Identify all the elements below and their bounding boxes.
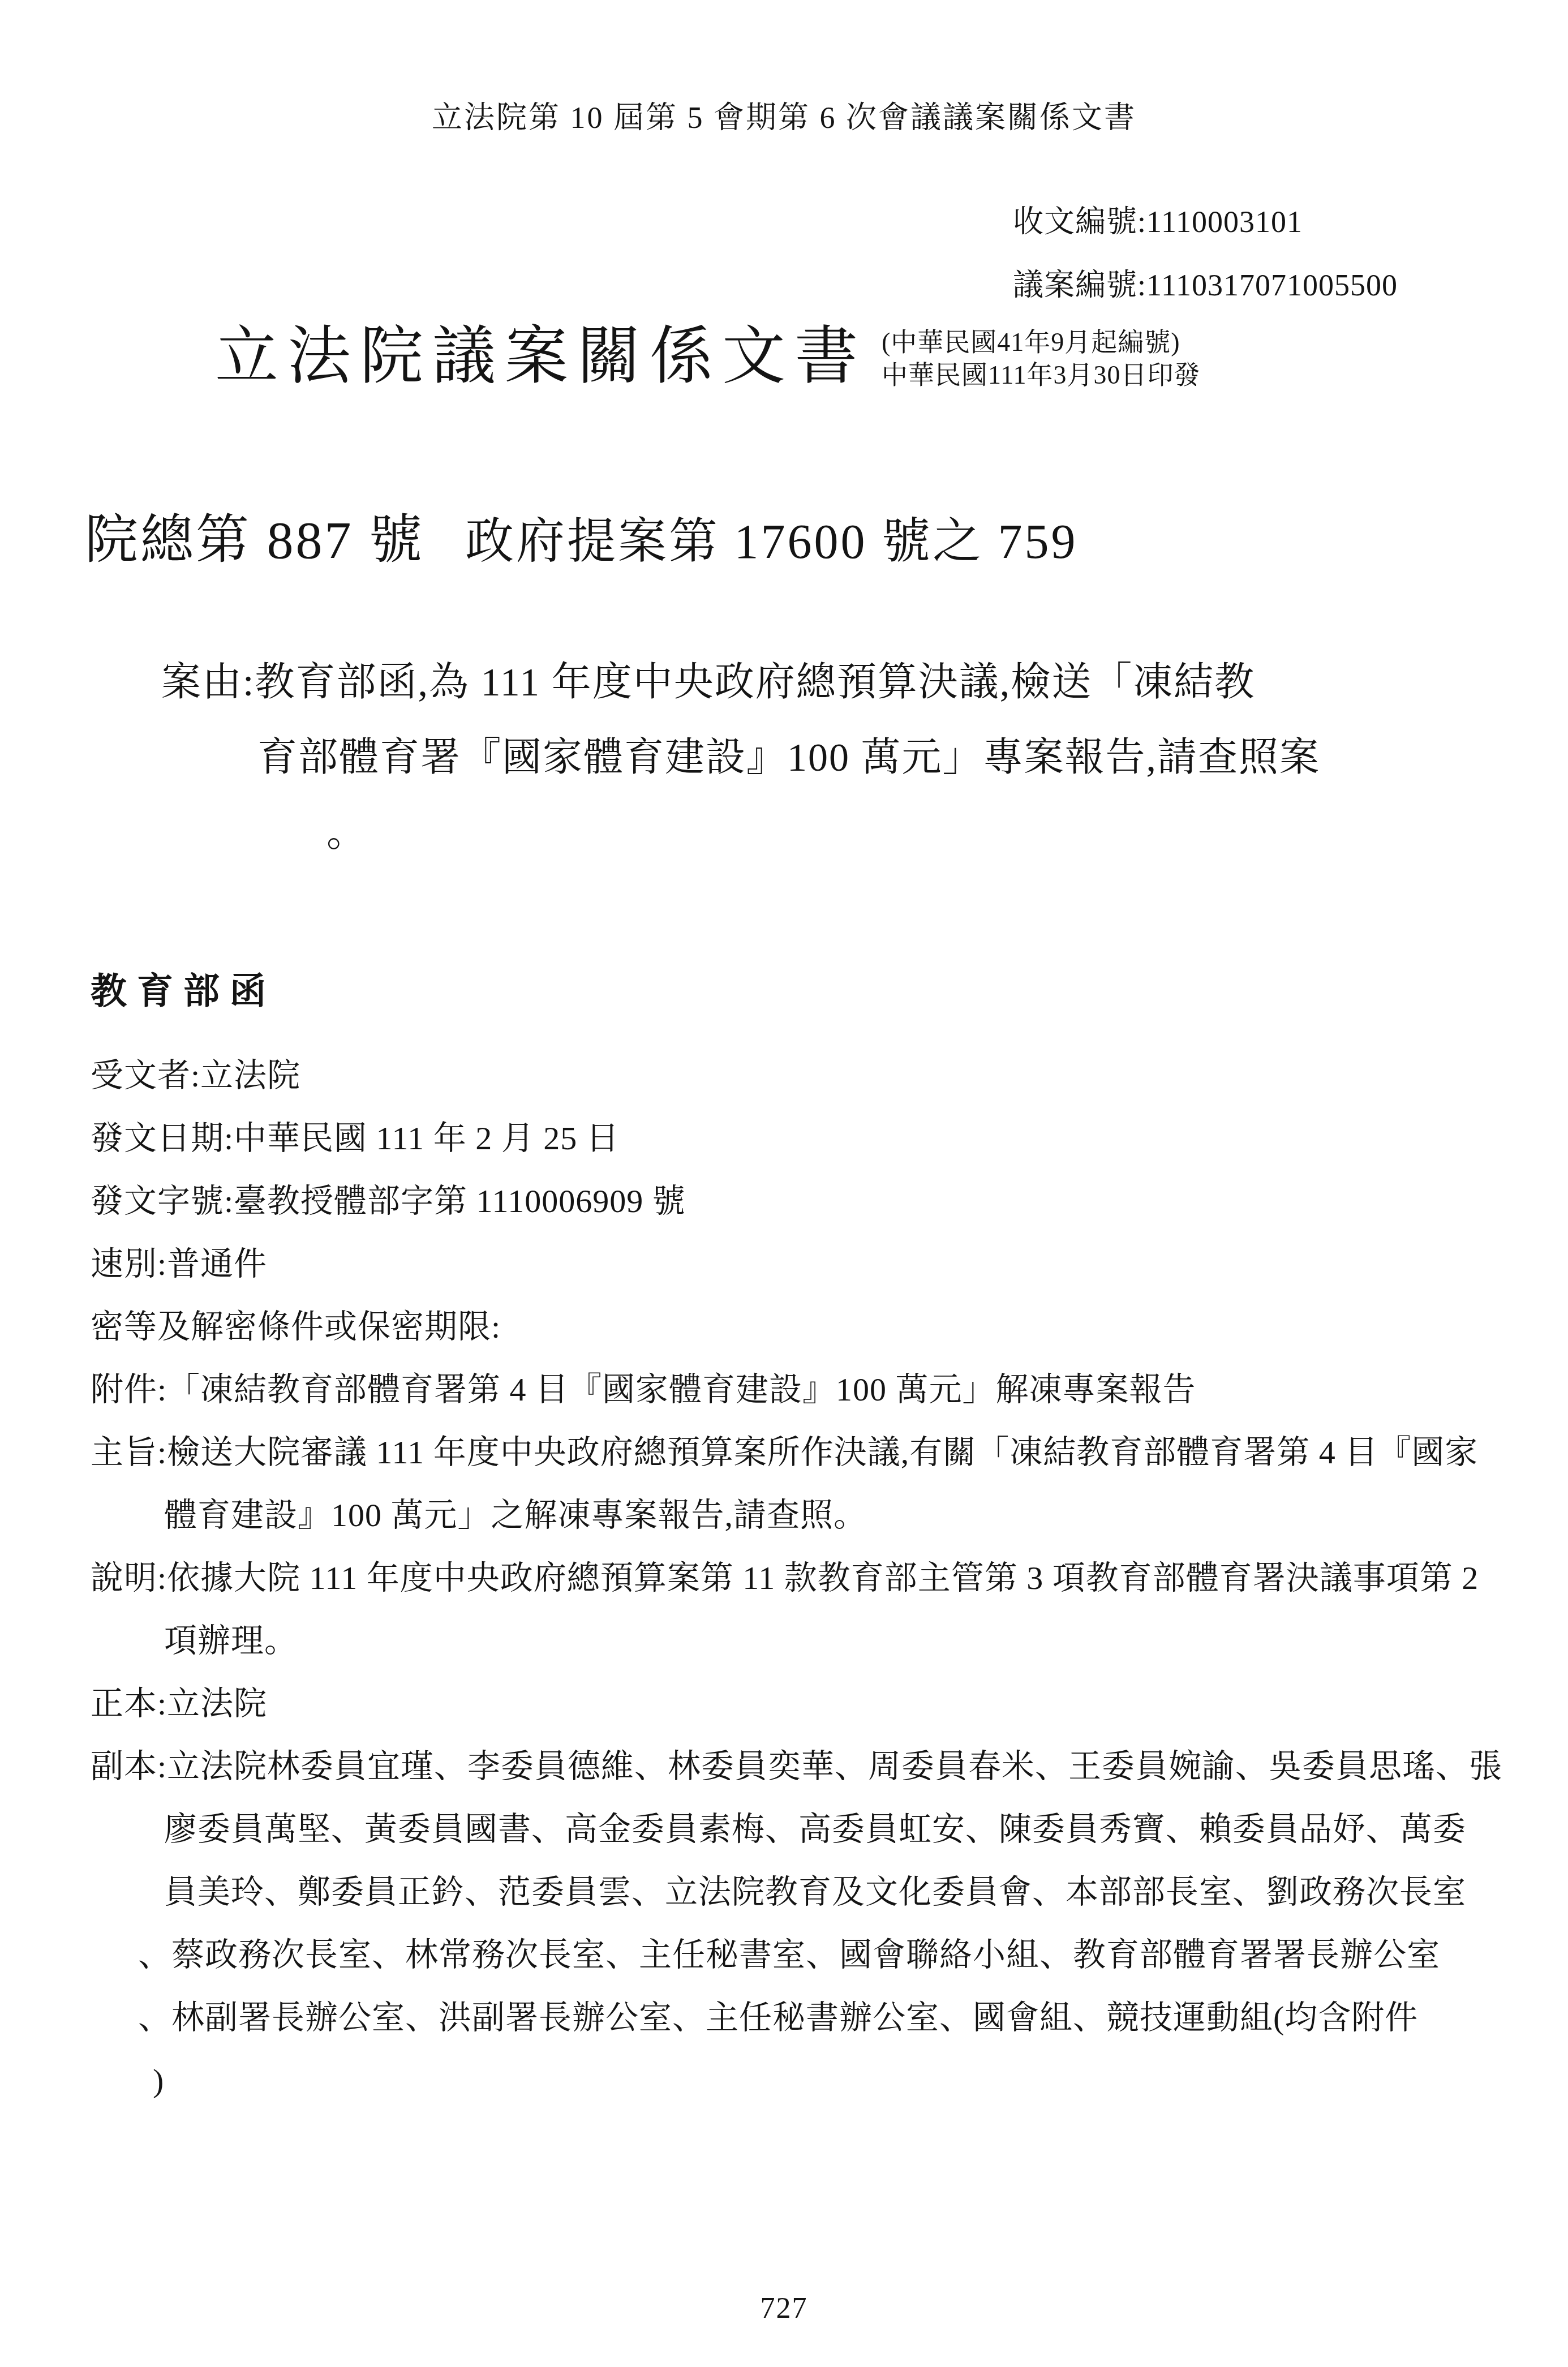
document-numbers-block: 收文編號:1110003101 議案編號:1110317071005500 (1013, 190, 1398, 317)
case-summary: 案由:教育部函,為 111 年度中央政府總預算決議,檢送「凍結教 育部體育署『國… (161, 645, 1497, 871)
carbon-copy-line-3: 員美玲、鄭委員正鈐、范委員雲、立法院教育及文化委員會、本部部長室、劉政務次長室 (91, 1861, 1539, 1923)
session-header: 立法院第 10 屆第 5 會期第 6 次會議議案關係文書 (0, 93, 1568, 137)
carbon-copy-line-2: 廖委員萬堅、黃委員國書、高金委員素梅、高委員虹安、陳委員秀寶、賴委員品妤、萬委 (91, 1798, 1539, 1861)
attachment-line: 附件:「凍結教育部體育署第 4 目『國家體育建設』100 萬元」解凍專案報告 (91, 1358, 1539, 1421)
numbering-origin-note: (中華民國41年9月起編號) (882, 326, 1201, 359)
priority-line: 速別:普通件 (91, 1232, 1539, 1295)
document-title: 立法院議案關係文書 (215, 315, 867, 399)
carbon-copy-line-1: 副本:立法院林委員宜瑾、李委員德維、林委員奕華、周委員春米、王委員婉諭、吳委員思… (91, 1735, 1539, 1798)
explanation-line-1: 說明:依據大院 111 年度中央政府總預算案第 11 款教育部主管第 3 項教育… (91, 1547, 1539, 1609)
subject-line-1: 主旨:檢送大院審議 111 年度中央政府總預算案所作決議,有關「凍結教育部體育署… (91, 1421, 1539, 1484)
original-copy-line: 正本:立法院 (91, 1672, 1539, 1735)
classification-line: 密等及解密條件或保密期限: (91, 1295, 1539, 1358)
bill-number: 議案編號:1110317071005500 (1013, 254, 1398, 317)
carbon-copy-line-4: 、蔡政務次長室、林常務次長室、主任秘書室、國會聯絡小組、教育部體育署署長辦公室 (91, 1923, 1539, 1986)
government-proposal-number: 政府提案第 17600 號之 759 (465, 502, 1078, 572)
case-summary-line-2: 育部體育署『國家體育建設』100 萬元」專案報告,請查照案 (161, 720, 1497, 796)
masthead: 立法院議案關係文書 (中華民國41年9月起編號) 中華民國111年3月30日印發 (215, 315, 1201, 399)
yuan-general-number: 院總第 887 號 (85, 497, 424, 573)
explanation-line-2: 項辦理。 (91, 1609, 1539, 1672)
masthead-notes: (中華民國41年9月起編號) 中華民國111年3月30日印發 (882, 323, 1201, 392)
carbon-copy-line-5: 、林副署長辦公室、洪副署長辦公室、主任秘書辦公室、國會組、競技運動組(均含附件 (91, 1986, 1539, 2049)
recipient-line: 受文者:立法院 (91, 1044, 1539, 1107)
page-number: 727 (0, 2292, 1568, 2325)
carbon-copy-close-paren: ) (91, 2049, 1539, 2112)
issue-number-line: 發文字號:臺教授體部字第 1110006909 號 (91, 1170, 1539, 1232)
letter-body: 受文者:立法院 發文日期:中華民國 111 年 2 月 25 日 發文字號:臺教… (91, 1044, 1539, 2112)
subject-line-2: 體育建設』100 萬元」之解凍專案報告,請查照。 (91, 1484, 1539, 1547)
case-summary-line-3: 。 (161, 796, 1497, 871)
case-number-row: 院總第 887 號 政府提案第 17600 號之 759 (85, 497, 1078, 573)
letter-heading: 教育部函 (91, 962, 276, 1014)
document-page: 立法院第 10 屆第 5 會期第 6 次會議議案關係文書 收文編號:111000… (0, 0, 1568, 2367)
receipt-number: 收文編號:1110003101 (1013, 190, 1398, 254)
case-summary-line-1: 案由:教育部函,為 111 年度中央政府總預算決議,檢送「凍結教 (161, 645, 1497, 720)
issue-date-line: 發文日期:中華民國 111 年 2 月 25 日 (91, 1107, 1539, 1170)
print-date-note: 中華民國111年3月30日印發 (882, 359, 1201, 392)
